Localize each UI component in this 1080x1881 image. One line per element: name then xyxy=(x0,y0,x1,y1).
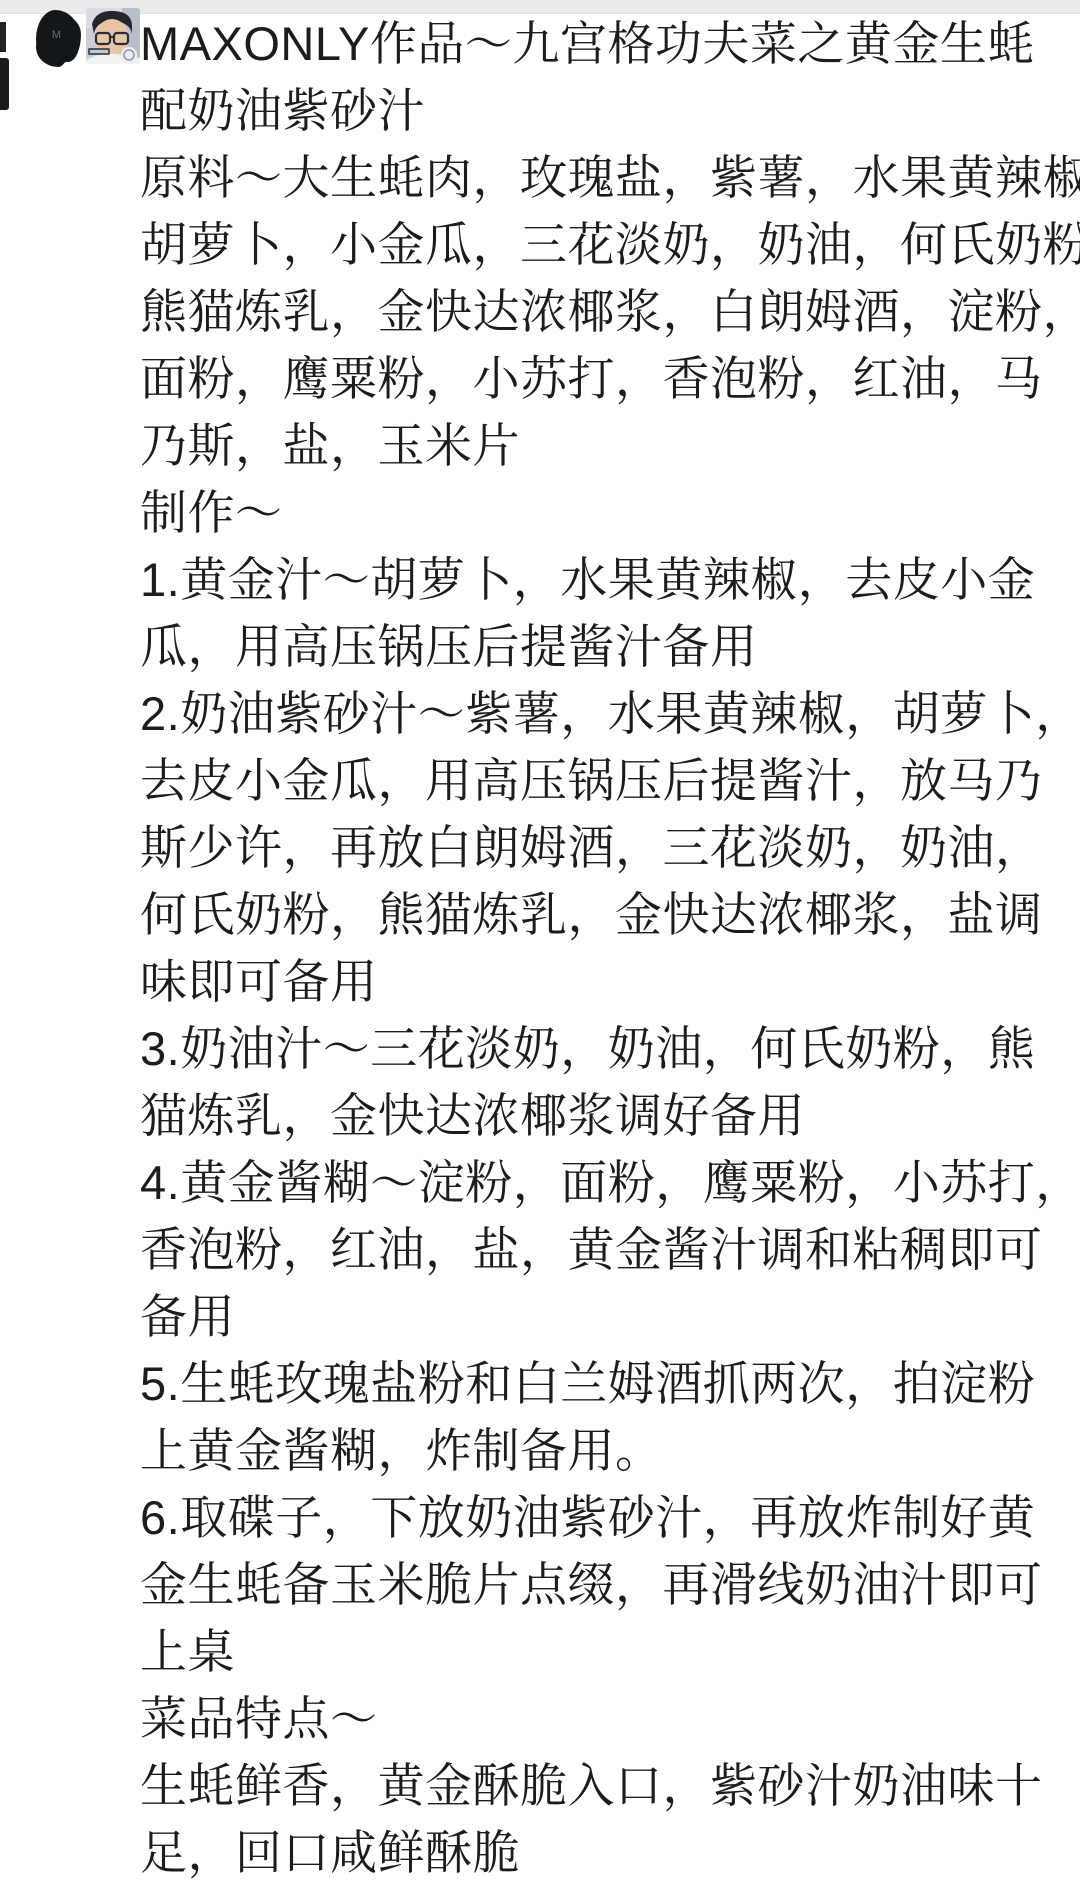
text-line: 香泡粉，红油，盐，黄金酱汁调和粘稠即可 xyxy=(140,1216,1070,1283)
text-line: 金生蚝备玉米脆片点缀，再滑线奶油汁即可 xyxy=(140,1551,1070,1618)
text-line: 猫炼乳，金快达浓椰浆调好备用 xyxy=(140,1082,1070,1149)
text-line: 瓜，用高压锅压后提酱汁备用 xyxy=(140,613,1070,680)
text-line: 3.奶油汁～三花淡奶，奶油，何氏奶粉，熊 xyxy=(140,1015,1070,1082)
text-line: 6.取碟子，下放奶油紫砂汁，再放炸制好黄 xyxy=(140,1484,1070,1551)
message-body: MAXONLY作品～九宫格功夫菜之黄金生蚝 配奶油紫砂汁 原料～大生蚝肉，玫瑰盐… xyxy=(140,10,1070,1881)
text-line: 4.黄金酱糊～淀粉，面粉，鹰粟粉，小苏打， xyxy=(140,1149,1070,1216)
text-line: 上桌 xyxy=(140,1618,1070,1685)
text-line: 原料～大生蚝肉，玫瑰盐，紫薯，水果黄辣椒， xyxy=(140,144,1070,211)
text-line: 乃斯，盐，玉米片 xyxy=(140,412,1070,479)
text-line: 1.黄金汁～胡萝卜，水果黄辣椒，去皮小金 xyxy=(140,546,1070,613)
avatar-group-logo[interactable]: M xyxy=(36,10,78,63)
text-line: 生蚝鲜香，黄金酥脆入口，紫砂汁奶油味十 xyxy=(140,1752,1070,1819)
text-line: MAXONLY作品～九宫格功夫菜之黄金生蚝 xyxy=(140,10,1070,77)
user-face-icon xyxy=(86,8,140,64)
chat-message-screen: M MAXONLY作品～九宫格功夫菜之黄金生蚝 配奶油紫 xyxy=(0,0,1080,1881)
text-line: 2.奶油紫砂汁～紫薯，水果黄辣椒，胡萝卜， xyxy=(140,680,1070,747)
text-line: 配奶油紫砂汁 xyxy=(140,77,1070,144)
text-line: 菜品特点～ xyxy=(140,1685,1070,1752)
text-line: 斯少许，再放白朗姆酒，三花淡奶，奶油， xyxy=(140,814,1070,881)
text-line: 面粉，鹰粟粉，小苏打，香泡粉，红油，马 xyxy=(140,345,1070,412)
left-edge-cutoff-glyph xyxy=(0,58,9,110)
text-line: 备用 xyxy=(140,1283,1070,1350)
text-line: 上黄金酱糊，炸制备用。 xyxy=(140,1417,1070,1484)
left-edge-cutoff-glyph xyxy=(0,22,6,52)
text-line: 何氏奶粉，熊猫炼乳，金快达浓椰浆，盐调 xyxy=(140,881,1070,948)
text-line: 制作～ xyxy=(140,479,1070,546)
text-line: 熊猫炼乳，金快达浓椰浆，白朗姆酒，淀粉， xyxy=(140,278,1070,345)
text-line: 胡萝卜，小金瓜，三花淡奶，奶油，何氏奶粉， xyxy=(140,211,1070,278)
logo-mark: M xyxy=(52,29,62,41)
text-line: 去皮小金瓜，用高压锅压后提酱汁，放马乃 xyxy=(140,747,1070,814)
text-line: 足，回口咸鲜酥脆 xyxy=(140,1819,1070,1881)
text-line: 味即可备用 xyxy=(140,948,1070,1015)
text-line: 5.生蚝玫瑰盐粉和白兰姆酒抓两次，拍淀粉 xyxy=(140,1350,1070,1417)
avatar-user-photo[interactable] xyxy=(86,8,140,64)
